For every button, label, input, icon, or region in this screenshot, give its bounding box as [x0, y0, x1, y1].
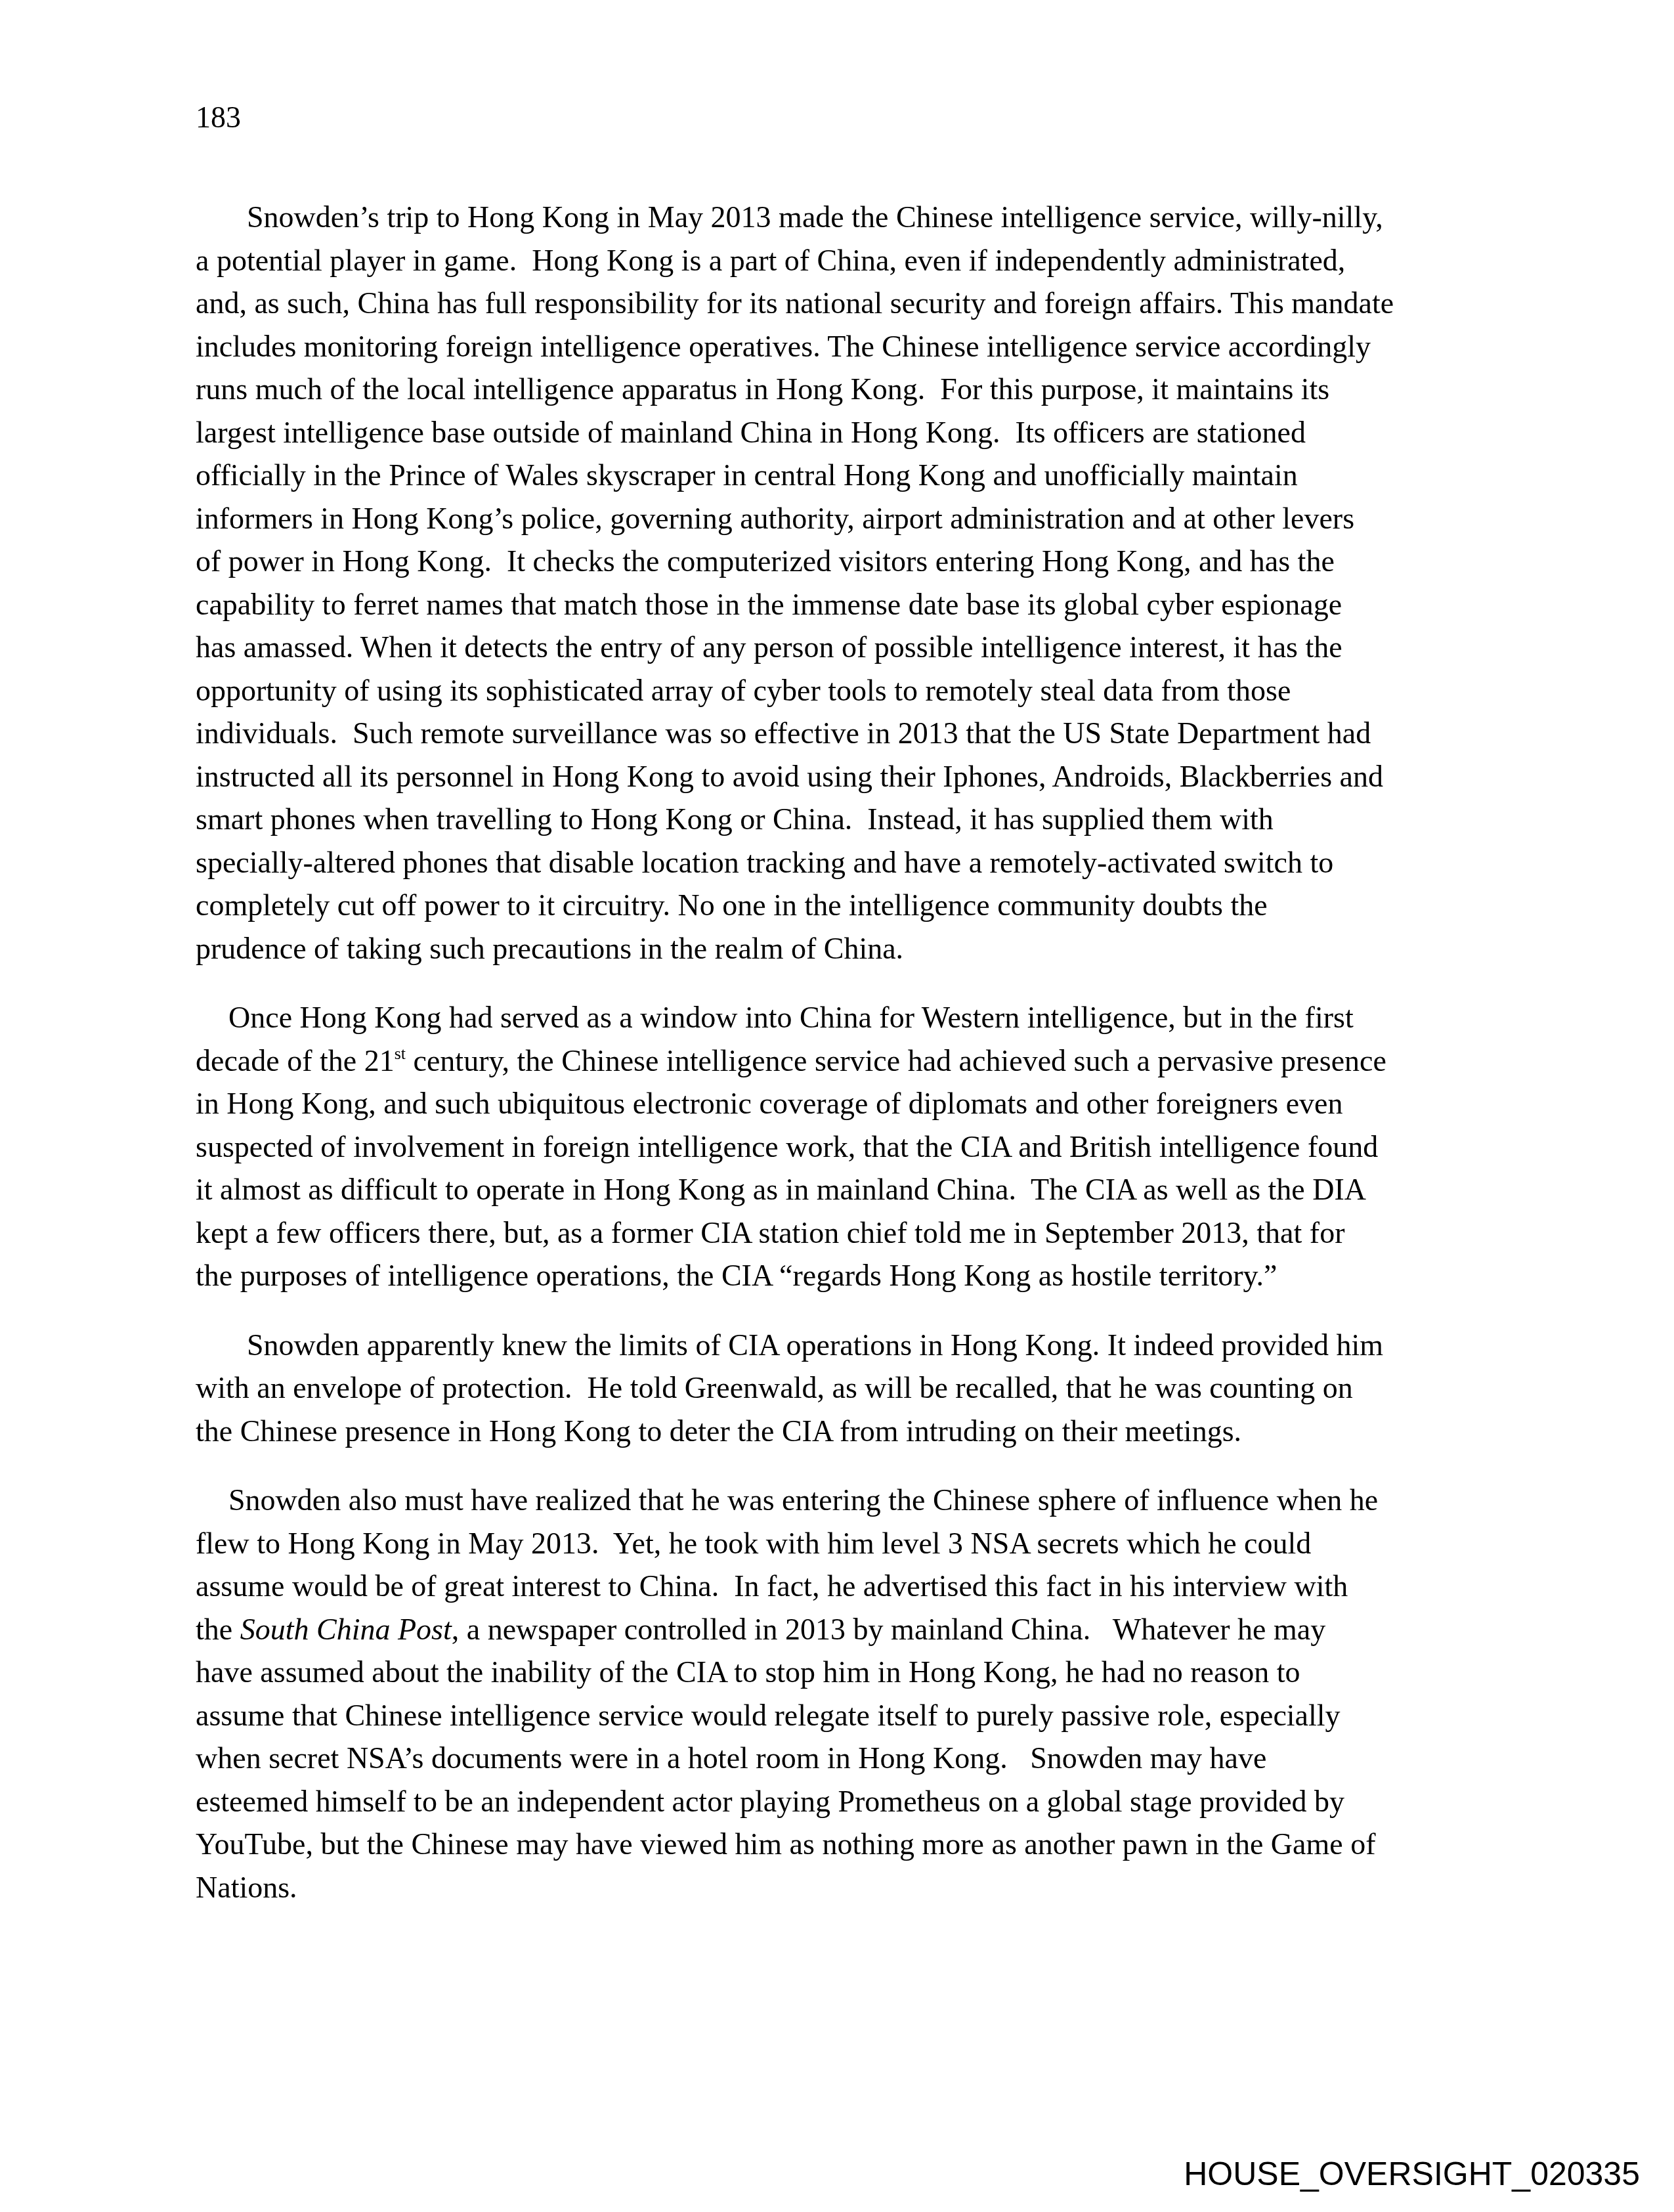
text-line: when secret NSA’s documents were in a ho…	[196, 1737, 1482, 1780]
text-line: opportunity of using its sophisticated a…	[196, 669, 1482, 712]
newspaper-title: South China Post	[240, 1613, 452, 1646]
text-line: suspected of involvement in foreign inte…	[196, 1125, 1482, 1169]
text-line: runs much of the local intelligence appa…	[196, 368, 1482, 411]
text-line: capability to ferret names that match th…	[196, 583, 1482, 626]
text-line: specially-altered phones that disable lo…	[196, 841, 1482, 884]
text-line: it almost as difficult to operate in Hon…	[196, 1168, 1482, 1211]
text-line: prudence of taking such precautions in t…	[196, 927, 1482, 970]
text-line: assume would be of great interest to Chi…	[196, 1565, 1482, 1608]
text-line: individuals. Such remote surveillance wa…	[196, 712, 1482, 755]
text-line: YouTube, but the Chinese may have viewed…	[196, 1823, 1482, 1866]
text-segment: , a newspaper controlled in 2013 by main…	[452, 1613, 1325, 1646]
text-line: Snowden’s trip to Hong Kong in May 2013 …	[196, 196, 1482, 239]
text-line: with an envelope of protection. He told …	[196, 1366, 1482, 1410]
text-line: officially in the Prince of Wales skyscr…	[196, 454, 1482, 497]
ordinal-superscript: st	[395, 1044, 406, 1063]
text-line: includes monitoring foreign intelligence…	[196, 325, 1482, 368]
text-segment: century, the Chinese intelligence servic…	[406, 1044, 1386, 1077]
text-line: have assumed about the inability of the …	[196, 1651, 1482, 1694]
text-line: the Chinese presence in Hong Kong to det…	[196, 1410, 1482, 1453]
text-line: Nations.	[196, 1866, 1482, 1909]
text-line: assume that Chinese intelligence service…	[196, 1694, 1482, 1737]
text-line: Snowden also must have realized that he …	[196, 1479, 1482, 1522]
page-number: 183	[196, 100, 241, 135]
text-line: esteemed himself to be an independent ac…	[196, 1780, 1482, 1823]
text-line-with-italic: the South China Post, a newspaper contro…	[196, 1608, 1482, 1651]
text-line-with-superscript: decade of the 21st century, the Chinese …	[196, 1039, 1482, 1083]
paragraph-chinese-sphere: Snowden also must have realized that he …	[196, 1479, 1482, 1909]
text-line: smart phones when travelling to Hong Kon…	[196, 798, 1482, 841]
text-line: of power in Hong Kong. It checks the com…	[196, 540, 1482, 583]
paragraph-hong-kong-intelligence: Snowden’s trip to Hong Kong in May 2013 …	[196, 196, 1482, 970]
text-line: largest intelligence base outside of mai…	[196, 411, 1482, 454]
text-line: kept a few officers there, but, as a for…	[196, 1211, 1482, 1255]
text-segment: the	[196, 1613, 240, 1646]
text-line: the purposes of intelligence operations,…	[196, 1254, 1482, 1297]
paragraph-window-into-china: Once Hong Kong had served as a window in…	[196, 996, 1482, 1297]
paragraph-cia-limits: Snowden apparently knew the limits of CI…	[196, 1324, 1482, 1453]
text-line: a potential player in game. Hong Kong is…	[196, 239, 1482, 282]
text-line: informers in Hong Kong’s police, governi…	[196, 497, 1482, 540]
text-line: and, as such, China has full responsibil…	[196, 282, 1482, 325]
text-segment: decade of the 21	[196, 1044, 395, 1077]
text-line: completely cut off power to it circuitry…	[196, 884, 1482, 927]
text-line: in Hong Kong, and such ubiquitous electr…	[196, 1082, 1482, 1125]
text-line: Snowden apparently knew the limits of CI…	[196, 1324, 1482, 1367]
bates-stamp: HOUSE_OVERSIGHT_020335	[1184, 2156, 1640, 2192]
document-body: Snowden’s trip to Hong Kong in May 2013 …	[196, 196, 1482, 1935]
text-line: Once Hong Kong had served as a window in…	[196, 996, 1482, 1039]
text-line: flew to Hong Kong in May 2013. Yet, he t…	[196, 1522, 1482, 1565]
text-line: has amassed. When it detects the entry o…	[196, 626, 1482, 669]
text-line: instructed all its personnel in Hong Kon…	[196, 755, 1482, 798]
